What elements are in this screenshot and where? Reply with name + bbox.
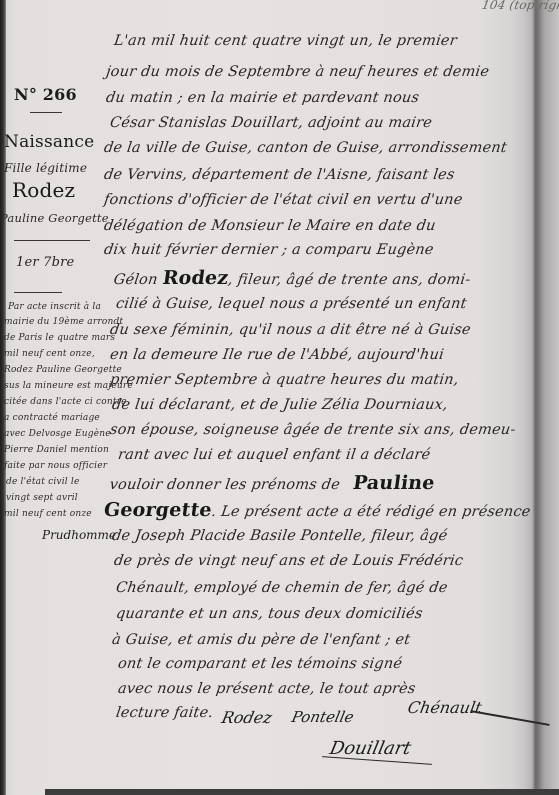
- margin-divider-2: [14, 240, 90, 241]
- scanned-register-page: 104 (top right, partially visible) N° 26…: [0, 0, 559, 795]
- annotation-line: mil neuf cent onze: [4, 509, 92, 519]
- body-line-17: rant avec lui et auquel enfant il a décl…: [117, 447, 432, 463]
- margin-given-names: Pauline Georgette: [0, 211, 109, 225]
- body-line-10: Gélon Rodez, fileur, âgé de trente ans, …: [112, 267, 472, 289]
- annotation-line: Pierre Daniel mention: [4, 445, 109, 455]
- body-line-19: Georgette. Le présent acte a été rédigé …: [102, 499, 532, 521]
- child-second-name: Georgette: [102, 499, 213, 521]
- scan-bottom-edge: [45, 789, 559, 795]
- body-text: . Le présent acte a été rédigé en présen…: [210, 504, 531, 520]
- body-line-11: cilié à Guise, lequel nous a présenté un…: [115, 296, 468, 312]
- body-line-20: de Joseph Placide Basile Pontelle, fileu…: [111, 528, 449, 544]
- body-line-2: jour du mois de Septembre à neuf heures …: [105, 64, 490, 80]
- body-line-8: délégation de Monsieur le Maire en date …: [103, 218, 437, 234]
- margin-record-type: Naissance: [4, 132, 94, 152]
- register-binding-edge: [510, 0, 559, 795]
- record-number: N° 266: [14, 85, 77, 104]
- annotation-line: Par acte inscrit à la: [8, 302, 101, 312]
- signature-witness-1: Pontelle: [290, 708, 355, 726]
- body-text: vouloir donner les prénoms de: [109, 477, 341, 493]
- body-line-15: de lui déclarant, et de Julie Zélia Dour…: [111, 397, 449, 413]
- margin-date: 1er 7bre: [16, 255, 74, 270]
- annotation-line: citée dans l'acte ci contre: [4, 397, 127, 407]
- body-line-16: son épouse, soigneuse âgée de trente six…: [109, 422, 517, 438]
- margin-divider-3: [14, 292, 62, 293]
- body-line-24: à Guise, et amis du père de l'enfant ; e…: [111, 632, 412, 648]
- signature-officer: Douillart: [328, 738, 413, 759]
- child-first-name: Pauline: [351, 472, 436, 494]
- annotation-line: Rodez Pauline Georgette: [4, 365, 122, 375]
- body-line-18: vouloir donner les prénoms de Pauline: [108, 472, 436, 494]
- margin-surname: Rodez: [12, 178, 75, 202]
- body-line-27: lecture faite.: [115, 705, 214, 721]
- body-line-9: dix huit février dernier ; a comparu Eug…: [103, 242, 435, 258]
- annotation-line: mairie du 19ème arrondt: [4, 317, 123, 327]
- body-text: , fileur, âgé de trente ans, domi-: [227, 272, 472, 288]
- annotation-line: a contracté mariage: [4, 413, 100, 423]
- body-line-13: en la demeure Ile rue de l'Abbé, aujourd…: [109, 347, 445, 363]
- annotation-line: avec Delvosge Eugène: [4, 429, 111, 439]
- signature-witness-2: Chénault: [406, 698, 483, 717]
- body-line-23: quarante et un ans, tous deux domiciliés: [115, 606, 424, 622]
- body-line-4: César Stanislas Douillart, adjoint au ma…: [109, 115, 433, 131]
- father-surname: Rodez: [161, 267, 230, 289]
- annotation-line: mil neuf cent onze,: [4, 349, 95, 359]
- annotation-line: faite par nous officier: [4, 461, 107, 471]
- body-text: Gélon: [113, 272, 159, 288]
- body-line-7: fonctions d'officier de l'état civil en …: [103, 192, 464, 208]
- body-line-5: de la ville de Guise, canton de Guise, a…: [103, 140, 508, 156]
- margin-divider: [30, 112, 62, 113]
- body-line-12: du sexe féminin, qu'il nous a dit être n…: [109, 322, 472, 338]
- annotation-line: de l'état civil le: [6, 477, 80, 487]
- page-reference: 104 (top right, partially visible): [481, 0, 559, 12]
- body-line-21: de près de vingt neuf ans et de Louis Fr…: [113, 553, 464, 569]
- annotation-signature: Prudhomme: [42, 528, 116, 542]
- annotation-line: vingt sept avril: [6, 493, 78, 503]
- body-line-22: Chénault, employé de chemin de fer, âgé …: [115, 580, 449, 596]
- body-line-3: du matin ; en la mairie et pardevant nou…: [105, 90, 420, 106]
- signature-father: Rodez: [220, 708, 274, 727]
- body-line-1: L'an mil huit cent quatre vingt un, le p…: [113, 33, 458, 49]
- body-line-14: premier Septembre à quatre heures du mat…: [109, 372, 460, 388]
- body-line-26: avec nous le présent acte, le tout après: [117, 681, 417, 697]
- body-line-25: ont le comparant et les témoins signé: [117, 656, 403, 672]
- body-line-6: de Vervins, département de l'Aisne, fais…: [103, 167, 456, 183]
- annotation-line: de Paris le quatre mars: [4, 333, 115, 343]
- margin-legitimacy: Fille légitime: [4, 161, 87, 175]
